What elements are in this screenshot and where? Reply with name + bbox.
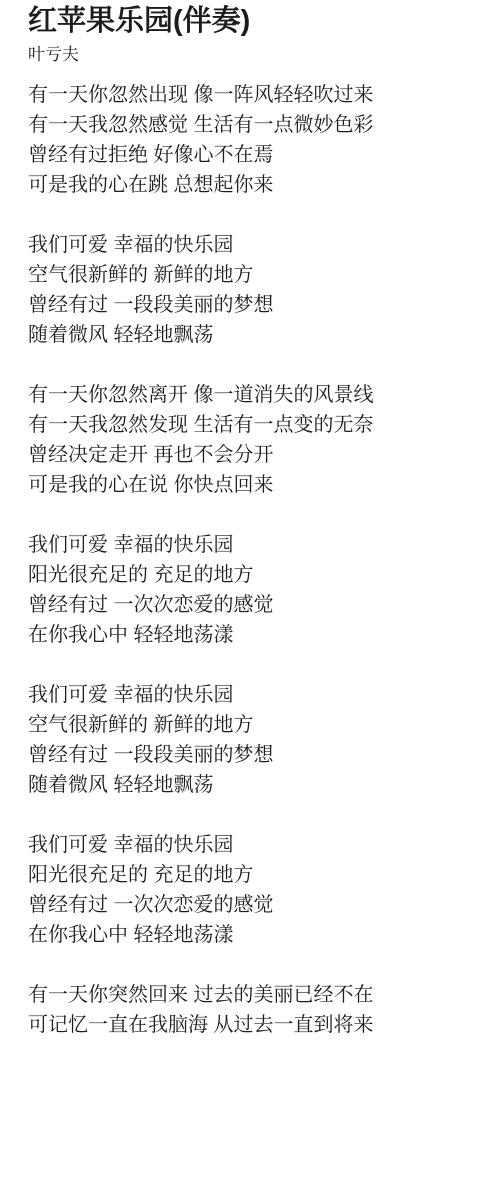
song-title: 红苹果乐园(伴奏) [28, 2, 480, 40]
lyric-line: 曾经决定走开 再也不会分开 [28, 440, 480, 470]
lyric-line: 随着微风 轻轻地飘荡 [28, 320, 480, 350]
lyric-line: 在你我心中 轻轻地荡漾 [28, 620, 480, 650]
lyric-line: 曾经有过拒绝 好像心不在焉 [28, 140, 480, 170]
lyric-line: 可是我的心在说 你快点回来 [28, 470, 480, 500]
lyrics-body: 有一天你忽然出现 像一阵风轻轻吹过来 有一天我忽然感觉 生活有一点微妙色彩 曾经… [28, 80, 480, 1040]
lyric-stanza: 我们可爱 幸福的快乐园 阳光很充足的 充足的地方 曾经有过 一次次恋爱的感觉 在… [28, 530, 480, 650]
lyric-stanza: 有一天你突然回来 过去的美丽已经不在 可记忆一直在我脑海 从过去一直到将来 [28, 980, 480, 1040]
lyric-line: 有一天你忽然出现 像一阵风轻轻吹过来 [28, 80, 480, 110]
lyric-line: 在你我心中 轻轻地荡漾 [28, 920, 480, 950]
lyric-line: 曾经有过 一段段美丽的梦想 [28, 740, 480, 770]
lyric-line: 阳光很充足的 充足的地方 [28, 560, 480, 590]
lyric-line: 我们可爱 幸福的快乐园 [28, 680, 480, 710]
lyric-line: 曾经有过 一次次恋爱的感觉 [28, 590, 480, 620]
lyric-line: 我们可爱 幸福的快乐园 [28, 530, 480, 560]
lyric-line: 曾经有过 一次次恋爱的感觉 [28, 890, 480, 920]
lyric-line: 空气很新鲜的 新鲜的地方 [28, 710, 480, 740]
lyric-line: 随着微风 轻轻地飘荡 [28, 770, 480, 800]
artist-name: 叶亏夫 [28, 42, 480, 67]
lyric-line: 有一天我忽然感觉 生活有一点微妙色彩 [28, 110, 480, 140]
lyric-stanza: 我们可爱 幸福的快乐园 空气很新鲜的 新鲜的地方 曾经有过 一段段美丽的梦想 随… [28, 230, 480, 350]
lyric-line: 有一天你忽然离开 像一道消失的风景线 [28, 380, 480, 410]
lyric-line: 我们可爱 幸福的快乐园 [28, 230, 480, 260]
lyric-line: 阳光很充足的 充足的地方 [28, 860, 480, 890]
lyric-line: 可记忆一直在我脑海 从过去一直到将来 [28, 1010, 480, 1040]
lyric-stanza: 有一天你忽然离开 像一道消失的风景线 有一天我忽然发现 生活有一点变的无奈 曾经… [28, 380, 480, 500]
lyric-line: 可是我的心在跳 总想起你来 [28, 170, 480, 200]
lyric-line: 我们可爱 幸福的快乐园 [28, 830, 480, 860]
lyrics-page: 红苹果乐园(伴奏) 叶亏夫 有一天你忽然出现 像一阵风轻轻吹过来 有一天我忽然感… [0, 0, 500, 1040]
lyric-line: 有一天你突然回来 过去的美丽已经不在 [28, 980, 480, 1010]
lyric-line: 空气很新鲜的 新鲜的地方 [28, 260, 480, 290]
lyric-line: 曾经有过 一段段美丽的梦想 [28, 290, 480, 320]
lyric-stanza: 我们可爱 幸福的快乐园 阳光很充足的 充足的地方 曾经有过 一次次恋爱的感觉 在… [28, 830, 480, 950]
lyric-stanza: 我们可爱 幸福的快乐园 空气很新鲜的 新鲜的地方 曾经有过 一段段美丽的梦想 随… [28, 680, 480, 800]
lyric-stanza: 有一天你忽然出现 像一阵风轻轻吹过来 有一天我忽然感觉 生活有一点微妙色彩 曾经… [28, 80, 480, 200]
lyric-line: 有一天我忽然发现 生活有一点变的无奈 [28, 410, 480, 440]
